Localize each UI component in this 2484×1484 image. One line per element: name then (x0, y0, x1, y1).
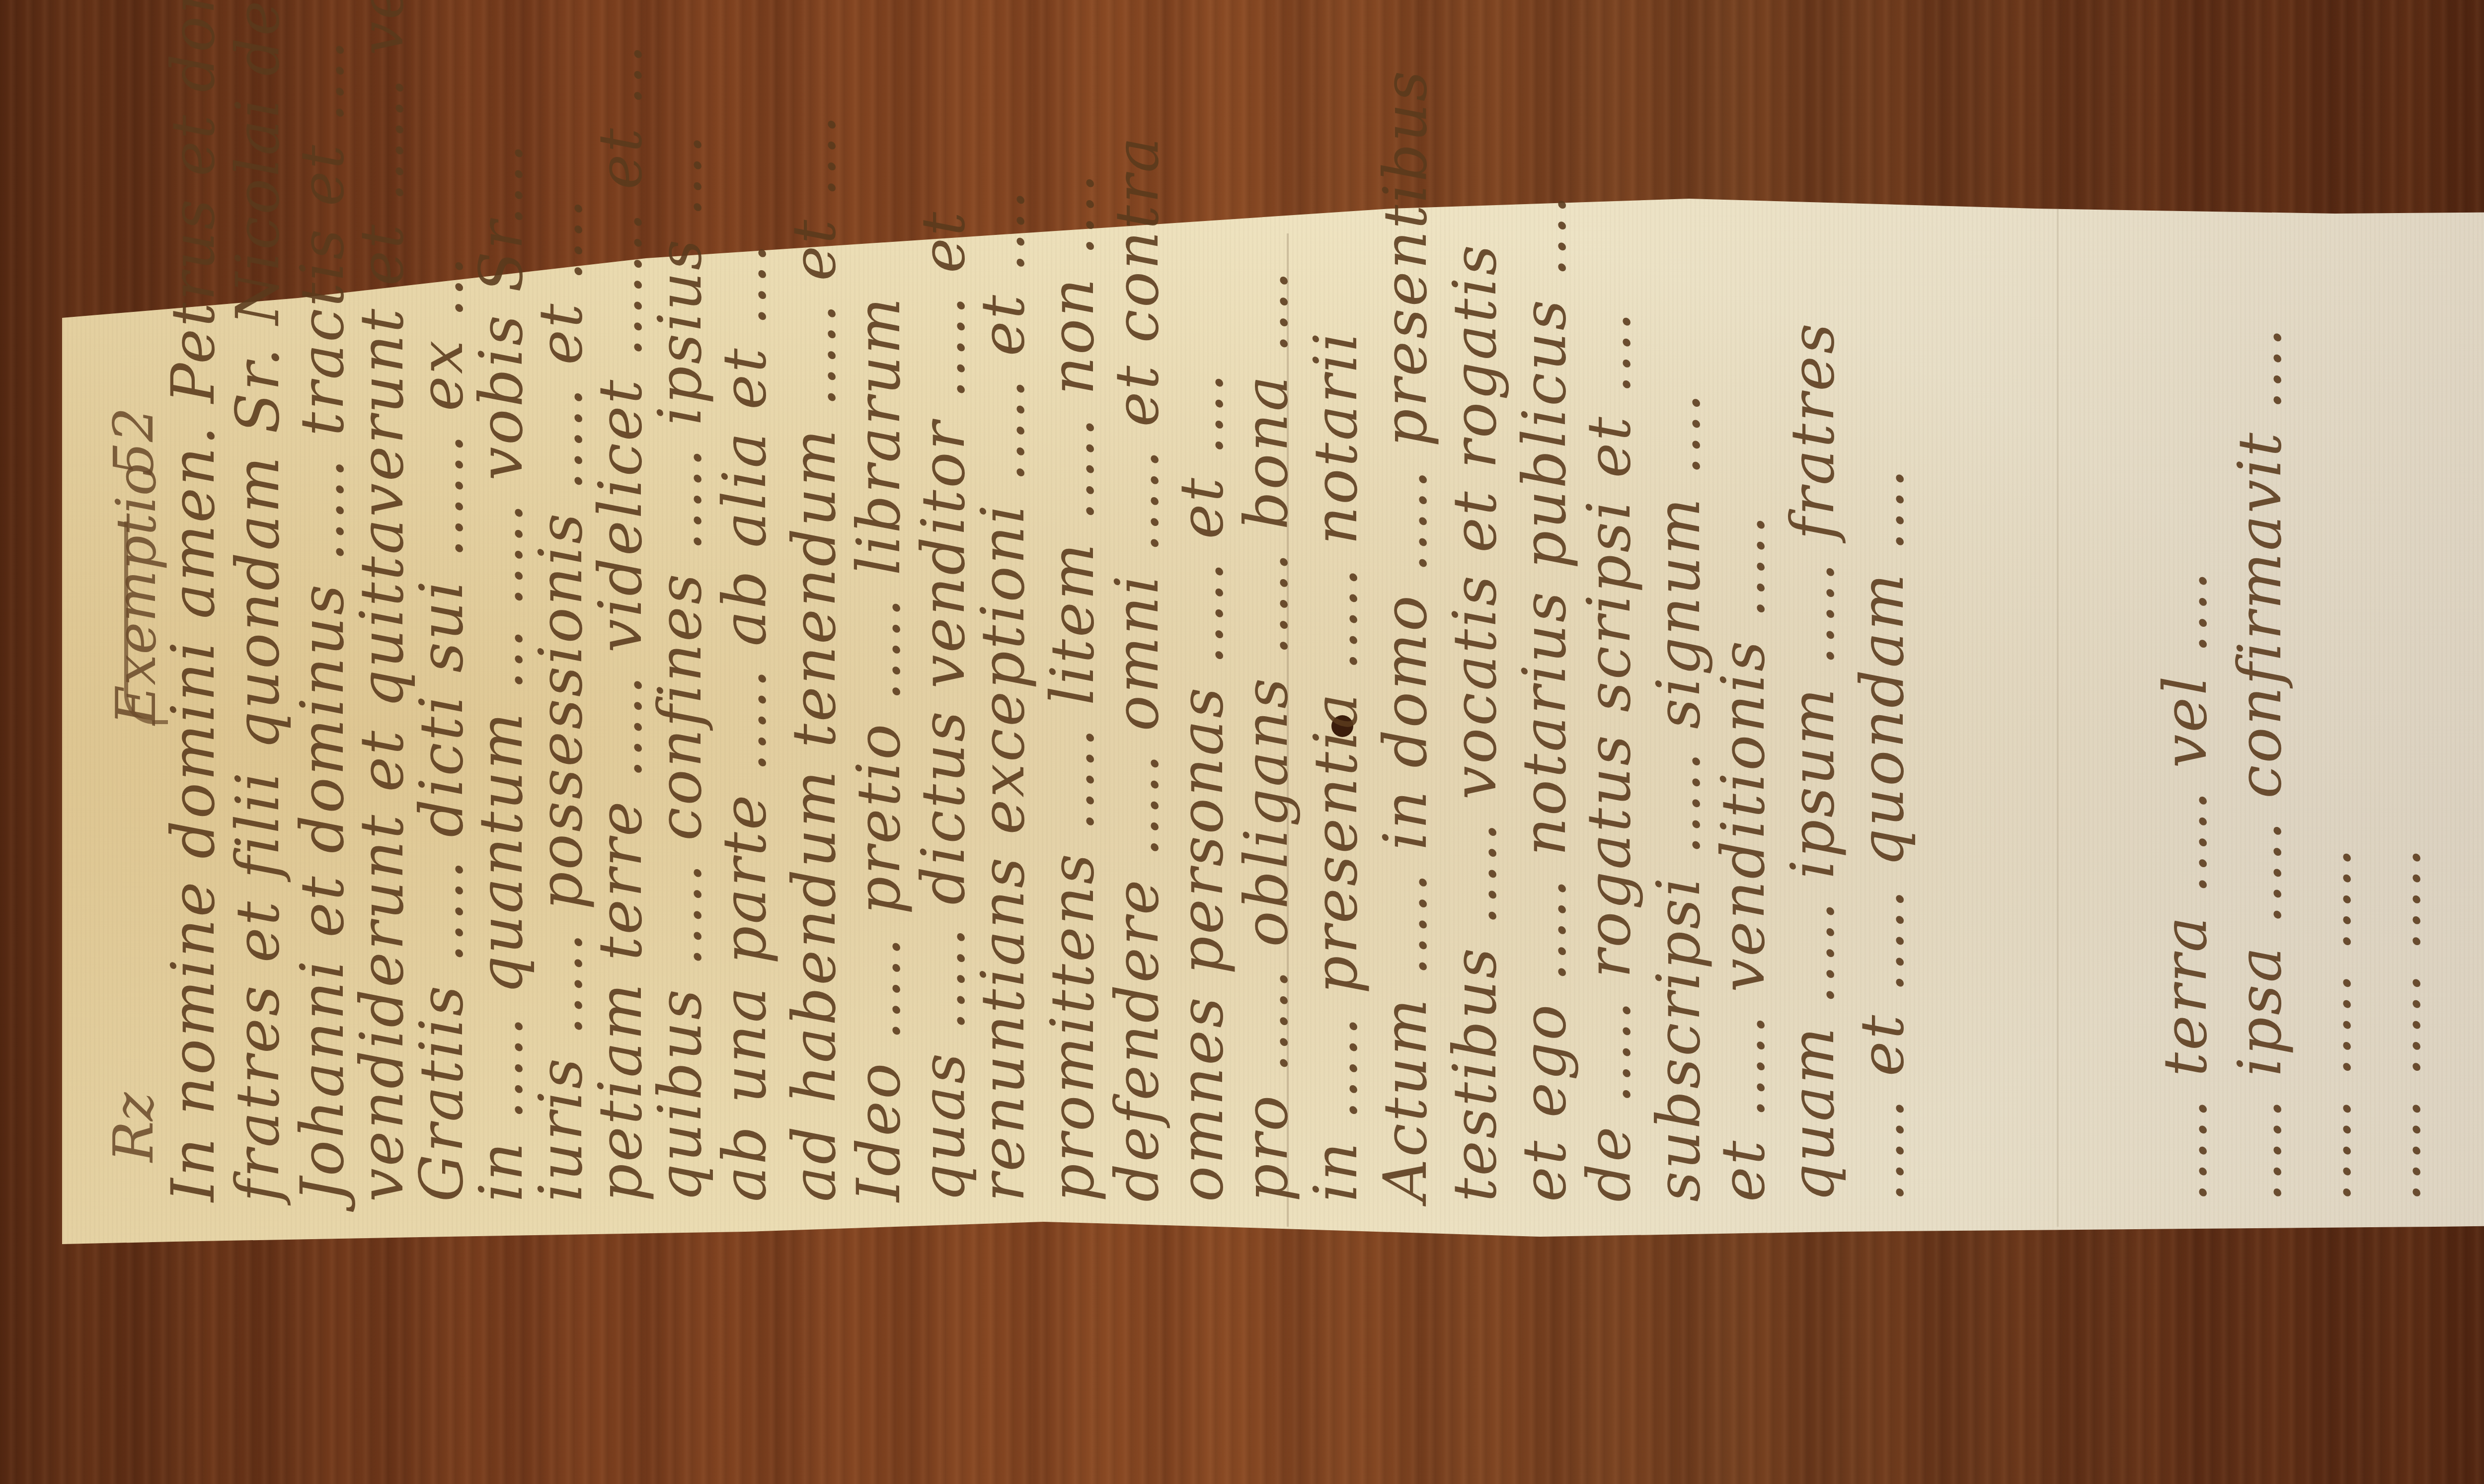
text-line: Actum ..... in domo ..... presentibus (1371, 69, 1440, 1202)
text-line: renuntians exceptioni ..... et .... (969, 188, 1038, 1202)
text-line: ad habendum tenendum ..... et .... (780, 113, 849, 1202)
text-line: ..... et ..... quondam .... (1848, 467, 1917, 1202)
text-line: testibus ..... vocatis et rogatis (1441, 243, 1510, 1202)
text-line: iuris ..... possessionis ..... et .... (527, 197, 596, 1202)
text-line: defendere ..... omni ..... et contra (1103, 135, 1172, 1202)
manuscript-document: Rz Exemptio 52 In nomine domini amen. Pe… (0, 0, 2484, 1484)
text-line: in ..... quantum ... ..... vobis Sr.... (467, 142, 536, 1202)
text-line: ..... ipsa ..... confirmavit .... (2226, 326, 2295, 1202)
text-line: et ..... venditionis ..... (1709, 514, 1778, 1202)
text-line: Johanni et dominus ..... tractis et .... (288, 38, 357, 1202)
text-line: omnes personas ..... et .... (1167, 371, 1237, 1202)
folio-number: 52 (102, 407, 165, 477)
text-line: fratres et filii quondam Sr. Nicolai del… (224, 0, 293, 1202)
text-line: ..... ..... ..... (2295, 846, 2364, 1202)
handwritten-text: Rz Exemptio 52 In nomine domini amen. Pe… (0, 0, 2484, 1484)
text-line: quas ..... dictus venditor ..... et (909, 210, 978, 1202)
text-line: Ideo ..... pretio ..... librarum (845, 296, 914, 1202)
text-line: Gratiis ..... dicti sui ...... ex ... (407, 255, 476, 1202)
text-line: quam ..... ipsum ..... fratres (1779, 321, 1848, 1202)
text-line: pro ..... obligans ..... bona .... (1232, 269, 1301, 1202)
text-line: quibus ..... confines ..... ipsius .... (646, 133, 715, 1202)
text-line: ab una parte ..... ab alia et .... (710, 242, 779, 1202)
text-line: petiam terre ..... videlicet ....... et … (586, 43, 655, 1202)
text-line: et ego ..... notarius publicus .... (1510, 193, 1579, 1202)
text-line: ..... terra ..... vel .... (2151, 570, 2220, 1202)
corner-mark: Rz (102, 1092, 165, 1162)
text-line: de ..... rogatus scripsi et .... (1575, 310, 1644, 1202)
text-line: subscripsi ..... signum .... (1644, 391, 1713, 1202)
text-line: ..... ..... ..... (2365, 846, 2434, 1202)
text-line: In nomine domini amen. Petrus et dominus (159, 0, 228, 1202)
text-line: promittens ..... litem ..... non .... (1038, 172, 1107, 1202)
text-line: vendiderunt et quittaverunt et ...... ve… (348, 0, 417, 1202)
text-line: in ..... presentia ..... notarii (1302, 331, 1371, 1202)
